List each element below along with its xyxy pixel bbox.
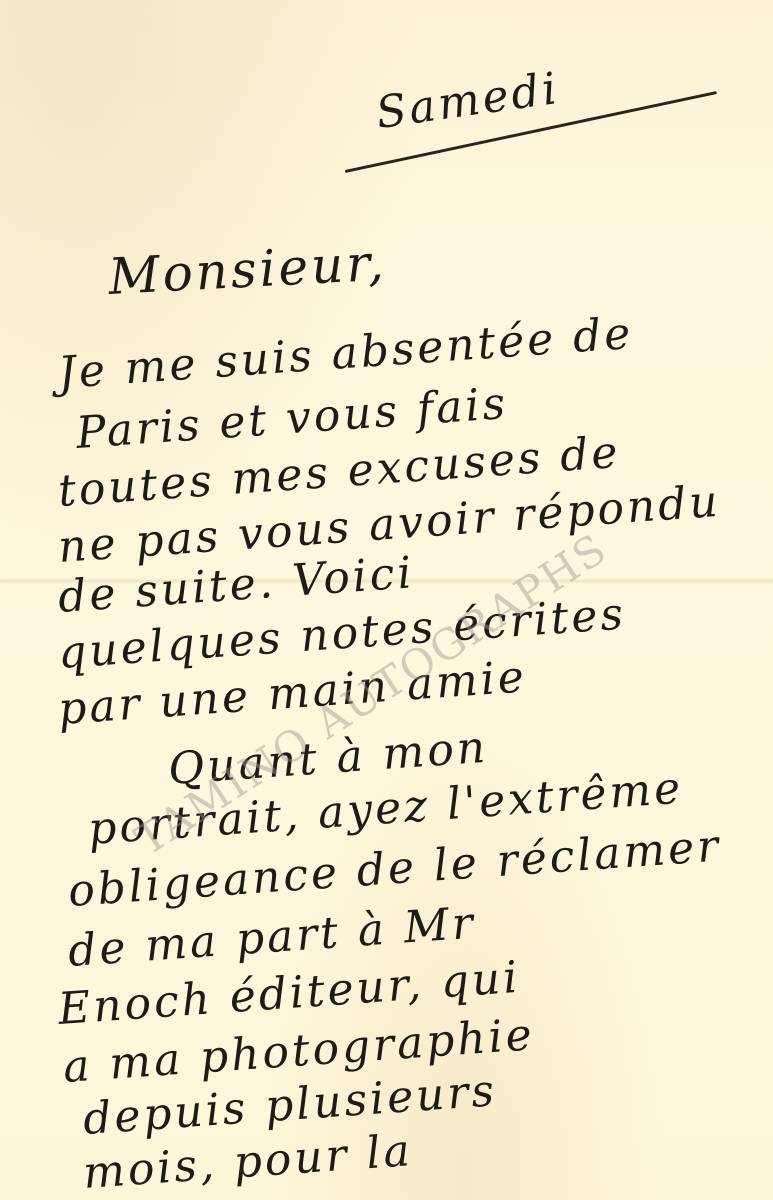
letter-line: Je me suis absentée de xyxy=(56,308,634,399)
letter-page: Samedi Monsieur, Je me suis absentée de … xyxy=(0,0,773,1200)
salutation: Monsieur, xyxy=(107,234,388,306)
date-heading: Samedi xyxy=(373,63,563,139)
